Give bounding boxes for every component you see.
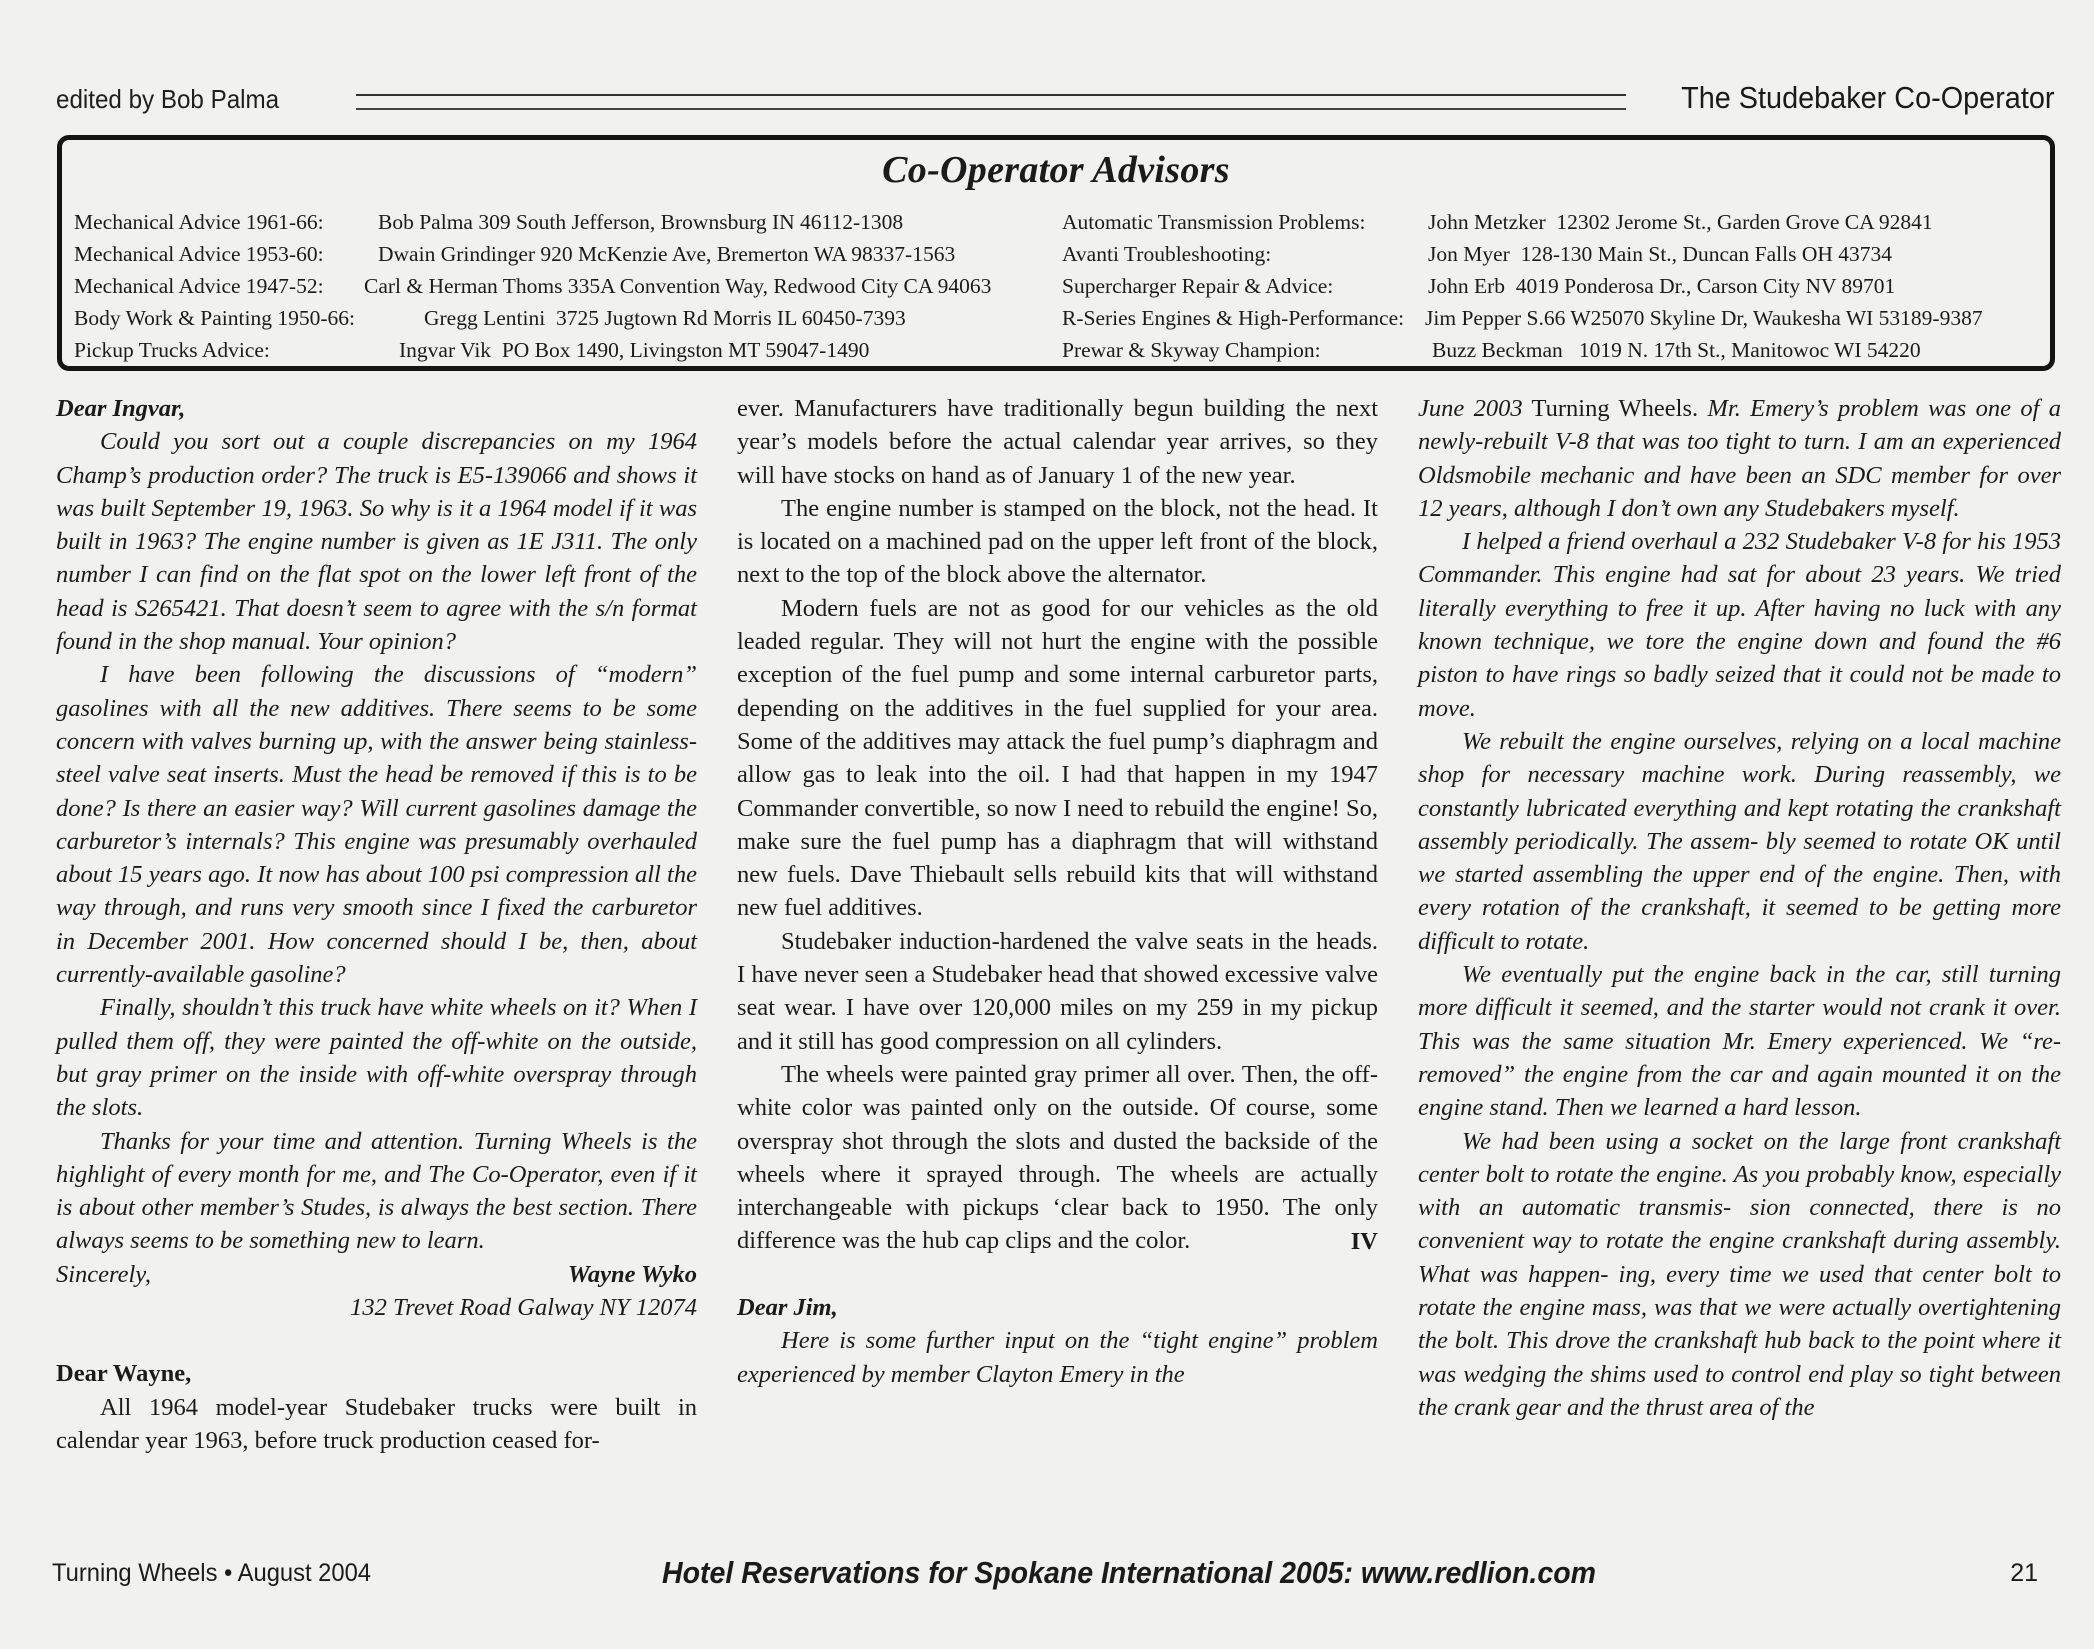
letter-paragraph: Finally, shouldn’t this truck have white… — [56, 991, 697, 1124]
advisors-title: Co-Operator Advisors — [62, 148, 2050, 192]
advisor-specialty: Automatic Transmission Problems: — [1062, 206, 1365, 238]
advisor-address: 3725 Jugtown Rd Morris IL 60450-7393 — [556, 306, 906, 330]
letter-paragraph: I helped a friend overhaul a 232 Studeba… — [1418, 525, 2061, 725]
advisor-specialty: Pickup Trucks Advice: — [74, 334, 270, 366]
advisor-name: Dwain Grindinger — [378, 242, 535, 266]
header-double-rule — [356, 94, 1626, 110]
advisor-specialty: Avanti Troubleshooting: — [1062, 238, 1271, 270]
reply-paragraph: ever. Manufacturers have traditionally b… — [737, 392, 1378, 492]
advisor-name: John Erb — [1428, 274, 1505, 298]
letter-paragraph: We had been using a socket on the large … — [1418, 1125, 2061, 1425]
advisor-address: 309 South Jefferson, Brownsburg IN 46112… — [478, 210, 903, 234]
letter-paragraph: We rebuilt the engine ourselves, relying… — [1418, 725, 2061, 958]
advisor-name: Jon Myer — [1428, 242, 1510, 266]
advisor-address: 335A Convention Way, Redwood City CA 940… — [568, 274, 992, 298]
advisor-address: PO Box 1490, Livingston MT 59047-1490 — [502, 338, 870, 362]
section-title: The Studebaker Co-Operator — [1681, 80, 2054, 116]
page-number: 21 — [2010, 1559, 2038, 1588]
column-1: Dear Ingvar, Could you sort out a couple… — [56, 392, 697, 1457]
letter-closing: Sincerely, — [56, 1258, 151, 1291]
letter-paragraph: Could you sort out a couple discrepancie… — [56, 425, 697, 658]
letter-paragraph: Here is some further input on the “tight… — [737, 1324, 1378, 1391]
letter-signature: Sincerely, Wayne Wyko — [56, 1258, 697, 1291]
column-3: June 2003 Turning Wheels. Mr. Emery’s pr… — [1418, 392, 2061, 1424]
reply-salutation: Dear Wayne, — [56, 1357, 697, 1390]
advisor-specialty: R-Series Engines & High-Performance: — [1062, 302, 1404, 334]
advisor-address: 4019 Ponderosa Dr., Carson City NV 89701 — [1516, 274, 1895, 298]
advisor-specialty: Mechanical Advice 1961-66: — [74, 206, 324, 238]
article-body: Dear Ingvar, Could you sort out a couple… — [56, 392, 2054, 1532]
advisor-address: 128-130 Main St., Duncan Falls OH 43734 — [1521, 242, 1892, 266]
advisor-specialty: Body Work & Painting 1950-66: — [74, 302, 355, 334]
reply-initials: IV — [1351, 1225, 1378, 1258]
advisor-specialty: Supercharger Repair & Advice: — [1062, 270, 1333, 302]
advisor-name: Buzz Beckman — [1432, 338, 1563, 362]
issue-date: June 2003 — [1418, 395, 1523, 422]
advisor-name: John Metzker — [1428, 210, 1546, 234]
advisors-box: Co-Operator Advisors Mechanical Advice 1… — [57, 135, 2055, 371]
reply-paragraph: Studebaker induction-hardened the valve … — [737, 925, 1378, 1058]
advisor-name: Bob Palma — [378, 210, 473, 234]
reply-paragraph: All 1964 model-year Studebaker trucks we… — [56, 1391, 697, 1458]
letter-paragraph: June 2003 Turning Wheels. Mr. Emery’s pr… — [1418, 392, 2061, 525]
advisor-address: 12302 Jerome St., Garden Grove CA 92841 — [1556, 210, 1932, 234]
advisor-specialty: Mechanical Advice 1953-60: — [74, 238, 324, 270]
advisor-address: 920 McKenzie Ave, Bremerton WA 98337-156… — [540, 242, 955, 266]
letter-paragraph: We eventually put the engine back in the… — [1418, 958, 2061, 1124]
column-2: ever. Manufacturers have traditionally b… — [737, 392, 1378, 1391]
editor-credit: edited by Bob Palma — [56, 84, 279, 115]
letter-paragraph: Thanks for your time and attention. Turn… — [56, 1125, 697, 1258]
advisor-address: S.66 W25070 Skyline Dr, Waukesha WI 5318… — [1527, 306, 1983, 330]
hotel-reservations-notice: Hotel Reservations for Spokane Internati… — [662, 1555, 1596, 1591]
reply-paragraph: Modern fuels are not as good for our veh… — [737, 592, 1378, 925]
letter-paragraph: I have been following the discussions of… — [56, 658, 697, 991]
advisor-specialty: Mechanical Advice 1947-52: — [74, 270, 324, 302]
advisor-address: 1019 N. 17th St., Manitowoc WI 54220 — [1579, 338, 1921, 362]
reply-paragraph: The engine number is stamped on the bloc… — [737, 492, 1378, 592]
magazine-name: Turning Wheels. — [1523, 395, 1708, 422]
advisor-name: Carl & Herman Thoms — [364, 274, 562, 298]
advisor-name: Gregg Lentini — [424, 306, 545, 330]
letter-salutation: Dear Jim, — [737, 1291, 1378, 1324]
signer-address: 132 Trevet Road Galway NY 12074 — [56, 1291, 697, 1324]
advisor-specialty: Prewar & Skyway Champion: — [1062, 334, 1321, 366]
letter-signer: Wayne Wyko — [568, 1258, 697, 1291]
running-header: edited by Bob Palma The Studebaker Co-Op… — [56, 80, 2054, 120]
advisor-name: Ingvar Vik — [399, 338, 491, 362]
page-footer: Turning Wheels • August 2004 Hotel Reser… — [52, 1555, 2050, 1595]
advisor-name: Jim Pepper — [1425, 306, 1521, 330]
publication-issue: Turning Wheels • August 2004 — [52, 1559, 371, 1588]
letter-salutation: Dear Ingvar, — [56, 392, 697, 425]
